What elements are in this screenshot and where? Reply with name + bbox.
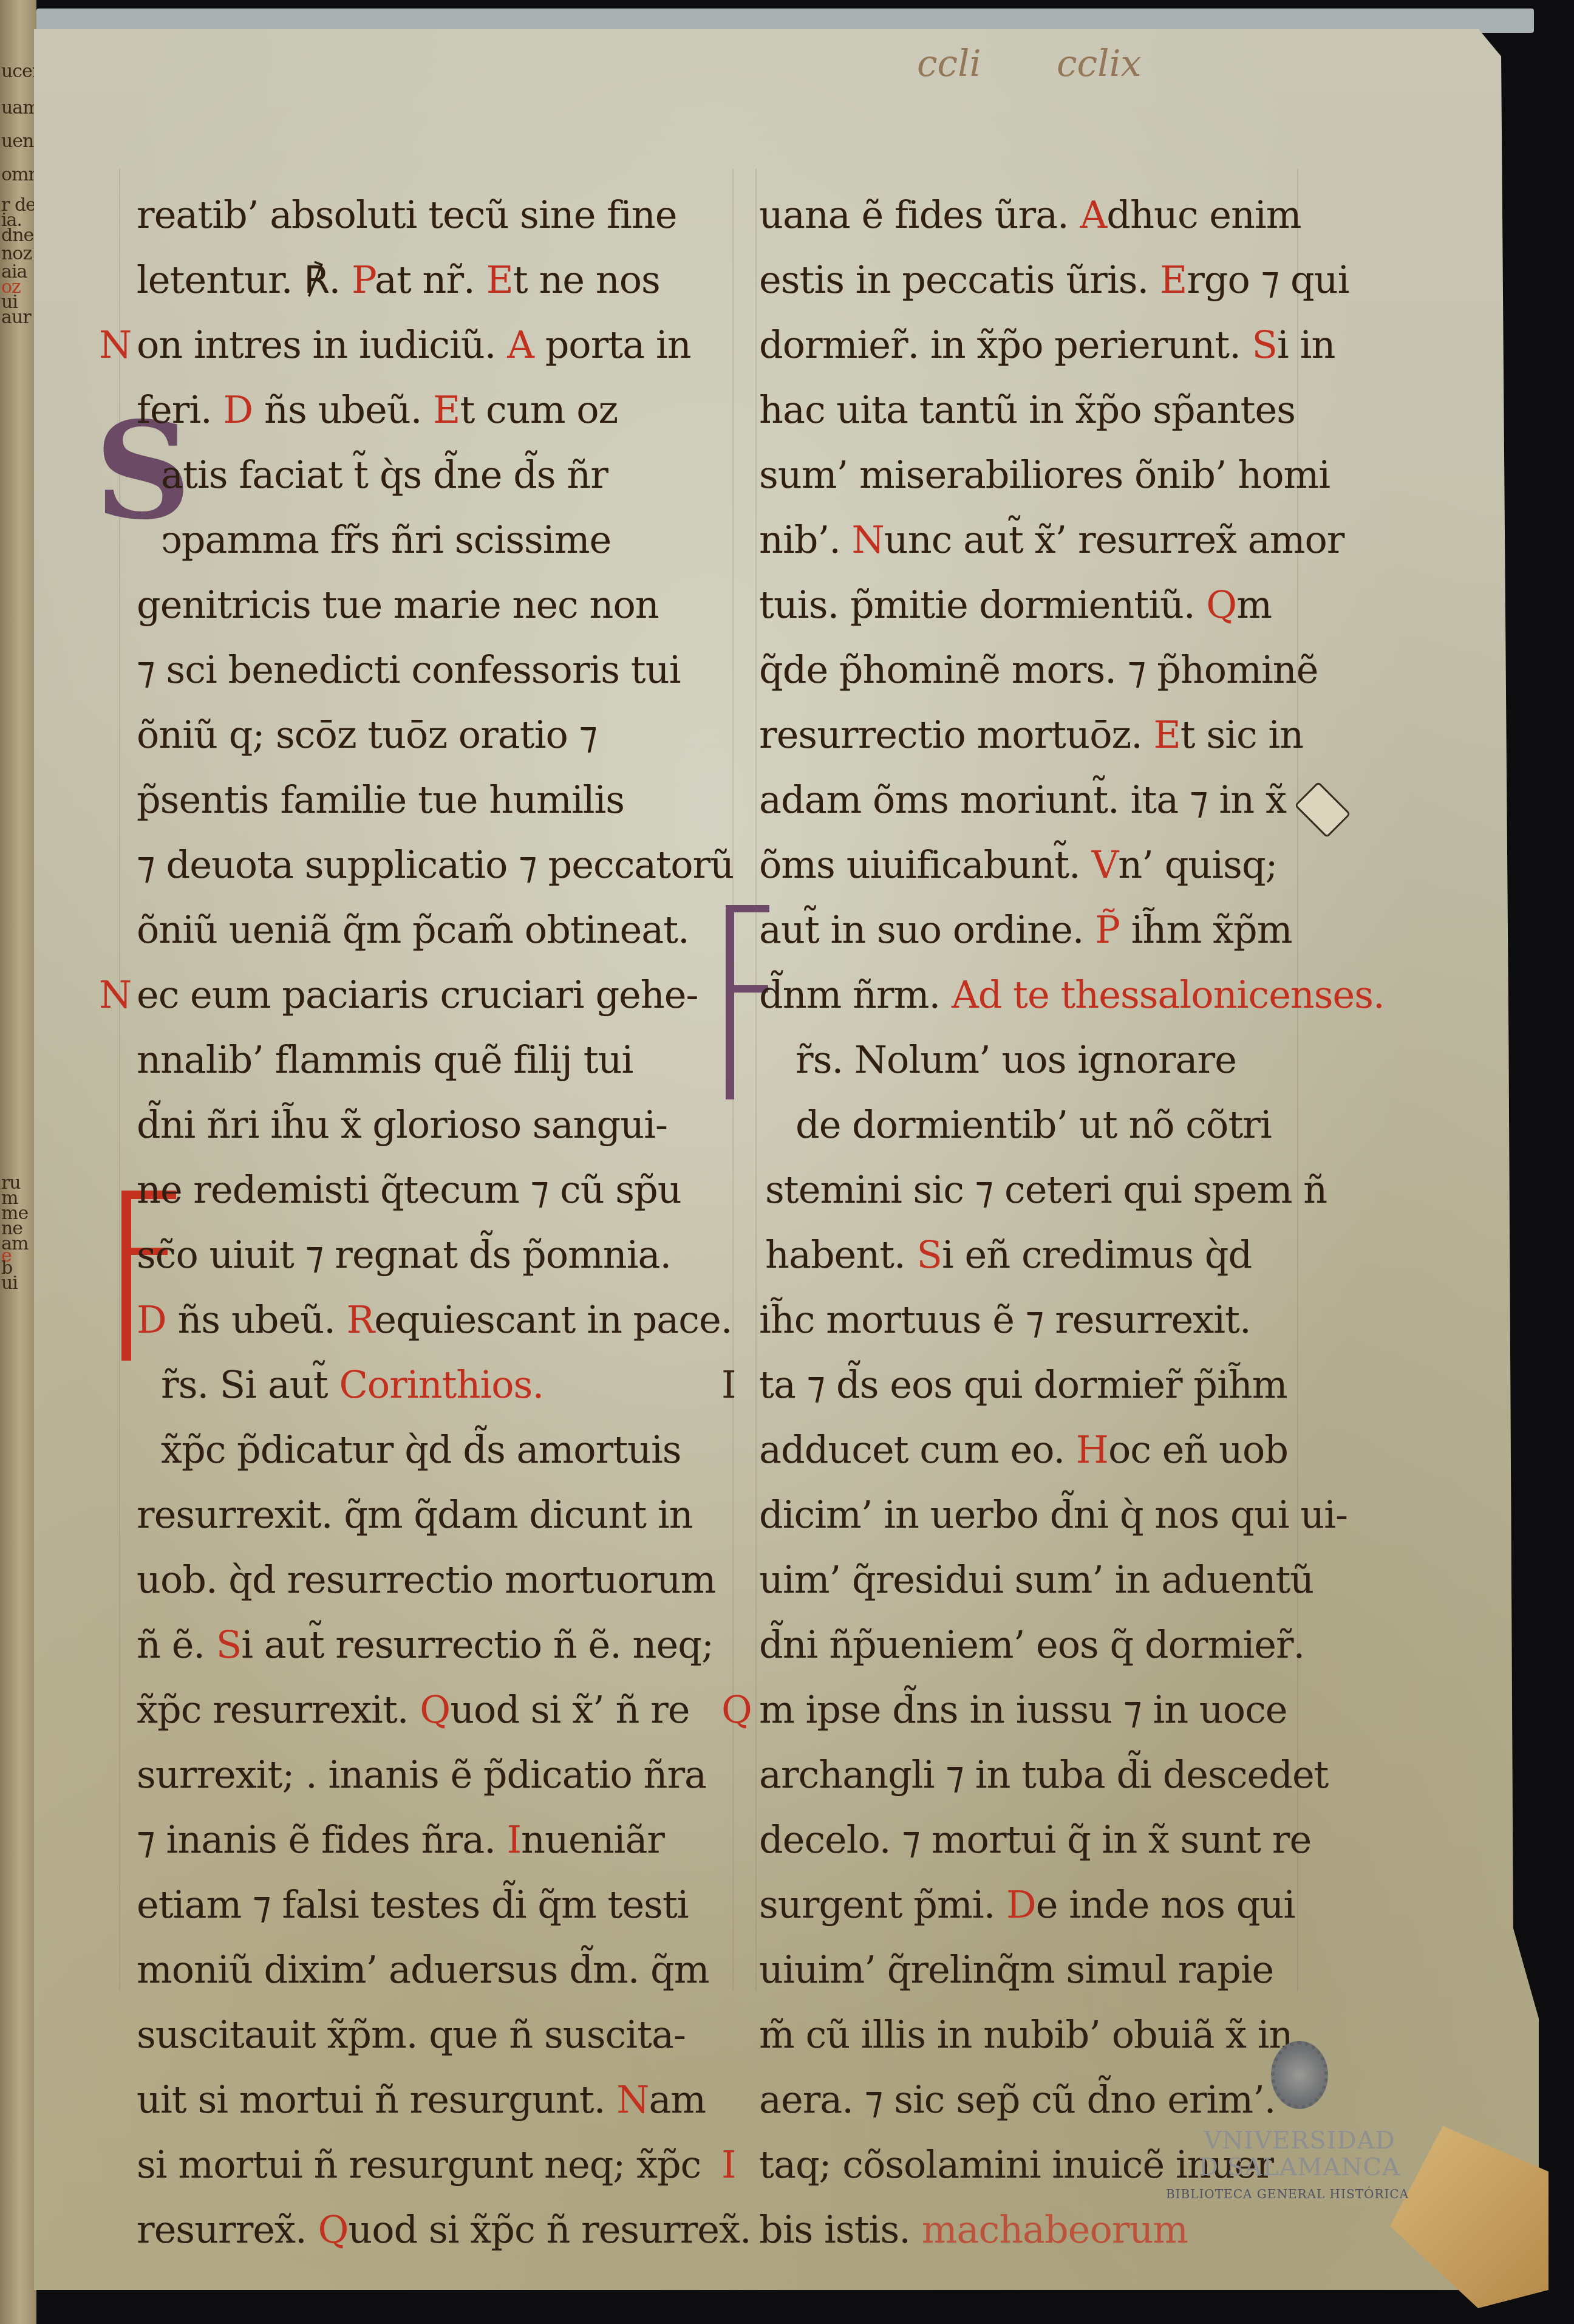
text-line: moniũ dixim’ aduersus d̃m. q̃m [137, 1937, 751, 2002]
text-line: Ita ⁊ d̃s eos qui dormier̃ p̃ih̃m [759, 1352, 1385, 1417]
text-segment: x̃p̃c resurrexit. [137, 1687, 409, 1732]
text-line: Non intres in iudiciũ. A porta in [137, 312, 751, 377]
text-segment: estis in peccatis ũris. [759, 258, 1148, 302]
text-line: hac uita tantũ in x̃p̃o sp̃antes [759, 377, 1385, 442]
text-line: d̃ni ñri ih̃u x̃ glorioso sangui- [137, 1092, 751, 1157]
text-segment: equiescant in pace. [374, 1297, 732, 1342]
text-segment: i eñ credimus q̀d [942, 1232, 1252, 1277]
facing-text-fragment: ui [1, 1273, 18, 1294]
text-segment: ⁊ inanis ẽ fides ñra. [137, 1817, 496, 1862]
rubric-text: D [223, 388, 253, 432]
rubric-initial: I [721, 1352, 736, 1417]
text-line: x̃p̃c p̃dicatur q̀d d̃s amortuis [137, 1417, 751, 1482]
text-segment: ⁊ deuota supplicatio ⁊ peccatorũ [137, 842, 734, 887]
text-line: p̃sentis familie tue humilis [137, 767, 751, 832]
text-line: nib’. Nunc aut̃ x̃’ resurrex̃ amor [759, 507, 1385, 572]
text-segment: habent. [765, 1232, 905, 1277]
text-line: surrexit; . inanis ẽ p̃dicatio ñra [137, 1742, 751, 1807]
text-segment: nib’. [759, 518, 840, 562]
rubric-text: Q [318, 2207, 348, 2252]
text-segment: ñs ubeũ. [177, 1297, 335, 1342]
rubric-text: D [1006, 1882, 1036, 1927]
text-segment: nueniãr [521, 1817, 664, 1862]
university-watermark: VNIVERSIDAD D SALAMANCA BIBLIOTECA GENER… [1184, 2041, 1415, 2201]
text-segment: uod si x̃’ ñ re [450, 1687, 689, 1732]
text-segment: ↄpamma fr̃s ñri scissime [161, 518, 611, 562]
watermark-line-3: BIBLIOTECA GENERAL HISTÓRICA [1160, 2187, 1415, 2201]
text-segment: õniũ q; scōz tuōz oratio ⁊ [137, 713, 597, 757]
text-line: q̃de p̃hominẽ mors. ⁊ p̃hominẽ [759, 637, 1385, 702]
text-line: estis in peccatis ũris. Ergo ⁊ qui [759, 247, 1385, 312]
text-segment: aut̃ in suo ordine. [759, 907, 1084, 952]
text-segment: ne redemisti q̃tecum ⁊ cũ sp̃u [137, 1167, 681, 1212]
rubric-text: E [1160, 258, 1187, 302]
text-line: resurrex̃. Quod si x̃p̃c ñ resurrex̃. [137, 2197, 751, 2262]
text-segment: ñs ubeũ. [264, 388, 421, 432]
text-line: ⁊ deuota supplicatio ⁊ peccatorũ [137, 832, 751, 897]
facing-text-fragment: ucem [1, 61, 36, 82]
text-line: genitricis tue marie nec non [137, 572, 751, 637]
text-segment: õniũ ueniã q̃m p̃cam̃ obtineat. [137, 907, 689, 952]
facing-text-fragment: uam [1, 97, 36, 118]
text-segment: m ipse d̃ns in iussu ⁊ in uoce [759, 1687, 1287, 1732]
text-line: ⁊ sci benedicti confessoris tui [137, 637, 751, 702]
text-line: atis faciat t̃ q̀s d̃ne d̃s ñr [137, 442, 751, 507]
rubric-text: S [917, 1232, 942, 1277]
text-line: nnalib’ flammis quẽ filij tui [137, 1027, 751, 1092]
facing-text-fragment: aur [1, 307, 31, 328]
text-segment: tuis. p̃mitie dormientiũ. [759, 583, 1195, 627]
rubric-text: D [137, 1297, 166, 1342]
rubric-text: N [616, 2077, 649, 2122]
rubric-text: machabeorum [922, 2207, 1188, 2252]
rubric-text: Ad te thessalonicenses. [952, 972, 1385, 1017]
text-segment: archangli ⁊ in tuba d̃i descedet [759, 1752, 1329, 1797]
text-segment: i aut̃ resurrectio ñ ẽ. neq; [241, 1622, 714, 1667]
text-line: stemini sic ⁊ ceteri qui spem ñ [759, 1157, 1385, 1222]
text-segment: etiam ⁊ falsi testes d̃i q̃m testi [137, 1882, 689, 1927]
text-line: õniũ ueniã q̃m p̃cam̃ obtineat. [137, 897, 751, 962]
text-segment: rgo ⁊ qui [1187, 258, 1349, 302]
text-line: sum’ miserabiliores õnib’ homi [759, 442, 1385, 507]
rubric-text: Q [420, 1687, 450, 1732]
text-segment: r̃s. Nolum’ uos ignorare [796, 1037, 1236, 1082]
foliation-old: ccli [917, 43, 981, 85]
rubric-initial: N [99, 312, 131, 377]
text-segment: moniũ dixim’ aduersus d̃m. q̃m [137, 1947, 709, 1992]
text-line: sc̃o uiuit ⁊ regnat d̃s p̃omnia. [137, 1222, 751, 1287]
text-line: etiam ⁊ falsi testes d̃i q̃m testi [137, 1872, 751, 1937]
text-line: ne redemisti q̃tecum ⁊ cũ sp̃u [137, 1157, 751, 1222]
rubric-initial: N [99, 962, 131, 1027]
text-segment: surrexit; . inanis ẽ p̃dicatio ñra [137, 1752, 706, 1797]
text-segment: sc̃o uiuit ⁊ regnat d̃s p̃omnia. [137, 1232, 671, 1277]
text-line: uit si mortui ñ resurgunt. Nam [137, 2067, 751, 2132]
text-segment: p̃sentis familie tue humilis [137, 778, 624, 822]
text-segment: atis faciat t̃ q̀s d̃ne d̃s ñr [161, 453, 608, 497]
text-segment: uana ẽ fides ũra. [759, 193, 1069, 237]
text-segment: stemini sic ⁊ ceteri qui spem ñ [765, 1167, 1327, 1212]
text-segment: x̃p̃c p̃dicatur q̀d d̃s amortuis [161, 1427, 681, 1472]
text-segment: t sic in [1180, 713, 1303, 757]
text-column-left: reatib’ absoluti tecũ sine fine letentu… [137, 182, 751, 2262]
rubric-text: H [1076, 1427, 1108, 1472]
text-segment: uiuim’ q̃relinq̃m simul rapie [759, 1947, 1273, 1992]
text-line: uim’ q̃residui sum’ in aduentũ [759, 1547, 1385, 1612]
text-segment: uob. q̀d resurrectio mortuorum [137, 1557, 715, 1602]
text-segment: ñ ẽ. [137, 1622, 205, 1667]
text-segment: ih̃c mortuus ẽ ⁊ resurrexit. [759, 1297, 1251, 1342]
text-segment: surgent p̃mi. [759, 1882, 995, 1927]
text-segment: q̃de p̃hominẽ mors. ⁊ p̃hominẽ [759, 648, 1318, 692]
text-line: surgent p̃mi. De inde nos qui [759, 1872, 1385, 1937]
facing-text-fragment: uen [1, 131, 33, 152]
text-segment: porta in [534, 323, 691, 367]
text-segment: decelo. ⁊ mortui q̃ in x̃ sunt re [759, 1817, 1311, 1862]
text-line: tuis. p̃mitie dormientiũ. Qm [759, 572, 1385, 637]
watermark-line-2: D SALAMANCA [1184, 2154, 1415, 2181]
text-segment: r̃s. Si aut̃ [161, 1362, 328, 1407]
text-line: bis istis. machabeorum [759, 2197, 1385, 2262]
text-segment: nnalib’ flammis quẽ filij tui [137, 1037, 633, 1082]
text-segment: ⁊ sci benedicti confessoris tui [137, 648, 681, 692]
text-segment: de dormientib’ ut nõ cõtri [796, 1102, 1272, 1147]
rubric-text: E [486, 258, 513, 302]
text-segment: m [1236, 583, 1272, 627]
rubric-text: P [1095, 907, 1120, 952]
rubric-text: Corinthios. [339, 1362, 543, 1407]
text-segment: n’ quisq; [1118, 842, 1277, 887]
text-line: adam õms moriunt̃. ita ⁊ in x̃ [759, 767, 1385, 832]
text-line: decelo. ⁊ mortui q̃ in x̃ sunt re [759, 1807, 1385, 1872]
text-line: feri. D ñs ubeũ. Et cum oz [137, 377, 751, 442]
text-segment: e inde nos qui [1036, 1882, 1295, 1927]
rubric-text: I [507, 1817, 522, 1862]
text-segment: oc eñ uob [1108, 1427, 1288, 1472]
text-line: suscitauit x̃p̃m. que ñ suscita- [137, 2002, 751, 2067]
text-segment: dicim’ in uerbo d̃ni q̀ nos qui ui- [759, 1492, 1347, 1537]
text-segment: ec eum paciaris cruciari gehe- [137, 972, 698, 1017]
text-line: ih̃c mortuus ẽ ⁊ resurrexit. [759, 1287, 1385, 1352]
rubric-text: V [1092, 842, 1119, 887]
text-line: ñ ẽ. Si aut̃ resurrectio ñ ẽ. neq; [137, 1612, 751, 1677]
university-seal-icon [1271, 2041, 1328, 2109]
text-line: õniũ q; scōz tuōz oratio ⁊ [137, 702, 751, 767]
rubric-text: R [347, 1297, 375, 1342]
text-segment: uim’ q̃residui sum’ in aduentũ [759, 1557, 1313, 1602]
rubric-text: E [433, 388, 460, 432]
text-line: resurrectio mortuōz. Et sic in [759, 702, 1385, 767]
text-line: d̃ni ñp̃ueniem’ eos q̃ dormier̃. [759, 1612, 1385, 1677]
text-line: dicim’ in uerbo d̃ni q̀ nos qui ui- [759, 1482, 1385, 1547]
text-segment: dhuc enim [1106, 193, 1301, 237]
text-segment: reatib’ absoluti tecũ sine fine [137, 193, 677, 237]
text-segment: adam õms moriunt̃. ita ⁊ in x̃ [759, 778, 1286, 822]
text-segment: on intres in iudiciũ. [137, 323, 496, 367]
text-segment: resurrectio mortuōz. [759, 713, 1142, 757]
text-line: si mortui ñ resurgunt neq; x̃p̃c [137, 2132, 751, 2197]
rubric-text: Q [1206, 583, 1236, 627]
text-segment: ta ⁊ d̃s eos qui dormier̃ p̃ih̃m [759, 1362, 1287, 1407]
text-line: de dormientib’ ut nõ cõtri [759, 1092, 1385, 1157]
text-line: Qm ipse d̃ns in iussu ⁊ in uoce [759, 1677, 1385, 1742]
text-line: r̃s. Si aut̃ Corinthios. [137, 1352, 751, 1417]
rubric-text: A [1080, 193, 1107, 237]
text-segment: genitricis tue marie nec non [137, 583, 659, 627]
rubric-text: P [352, 258, 375, 302]
text-line: archangli ⁊ in tuba d̃i descedet [759, 1742, 1385, 1807]
text-line: reatib’ absoluti tecũ sine fine [137, 182, 751, 247]
rubric-initial: I [721, 2132, 736, 2197]
text-line: uiuim’ q̃relinq̃m simul rapie [759, 1937, 1385, 2002]
foliation-new: cclix [1057, 43, 1141, 85]
text-segment: resurrex̃. [137, 2207, 307, 2252]
text-segment: letentur. ℟. [137, 258, 340, 302]
text-line: adducet cum eo. Hoc eñ uob [759, 1417, 1385, 1482]
rubric-text: S [216, 1622, 241, 1667]
text-line: resurrexit. q̃m q̃dam dicunt in [137, 1482, 751, 1547]
text-segment: ̃ ih̃m x̃p̃m [1120, 907, 1292, 952]
text-line: uob. q̀d resurrectio mortuorum [137, 1547, 751, 1612]
rubric-text: E [1154, 713, 1180, 757]
rubric-text: N [852, 518, 884, 562]
text-segment: dormier̃. in x̃p̃o perierunt. [759, 323, 1241, 367]
text-segment: am [649, 2077, 706, 2122]
text-line: ⁊ inanis ẽ fides ñra. Inueniãr [137, 1807, 751, 1872]
text-segment: sum’ miserabiliores õnib’ homi [759, 453, 1330, 497]
text-segment: õms uiuificabunt̃. [759, 842, 1080, 887]
watermark-line-1: VNIVERSIDAD [1184, 2127, 1415, 2154]
text-line: letentur. ℟. Pat nr̃. Et ne nos [137, 247, 751, 312]
text-line: r̃s. Nolum’ uos ignorare [759, 1027, 1385, 1092]
text-segment: suscitauit x̃p̃m. que ñ suscita- [137, 2012, 686, 2057]
text-segment: si mortui ñ resurgunt neq; x̃p̃c [137, 2142, 701, 2187]
text-segment: t cum oz [460, 388, 618, 432]
text-line: aut̃ in suo ordine. P̃ ih̃m x̃p̃m [759, 897, 1385, 962]
facing-text-fragment: omnt [1, 164, 36, 185]
text-segment: feri. [137, 388, 212, 432]
text-segment: resurrexit. q̃m q̃dam dicunt in [137, 1492, 693, 1537]
text-line: ↄpamma fr̃s ñri scissime [137, 507, 751, 572]
text-line: x̃p̃c resurrexit. Quod si x̃’ ñ re [137, 1677, 751, 1742]
text-line: Nec eum paciaris cruciari gehe- [137, 962, 751, 1027]
text-segment: at nr̃. [375, 258, 475, 302]
text-segment: i in [1277, 323, 1335, 367]
text-segment: t ne nos [513, 258, 660, 302]
text-line: dormier̃. in x̃p̃o perierunt. Si in [759, 312, 1385, 377]
text-segment: uod si x̃p̃c ñ resurrex̃. [348, 2207, 751, 2252]
text-segment: adducet cum eo. [759, 1427, 1065, 1472]
text-segment: uit si mortui ñ resurgunt. [137, 2077, 605, 2122]
text-line: uana ẽ fides ũra. Adhuc enim [759, 182, 1385, 247]
rubric-initial: Q [721, 1677, 752, 1742]
text-segment: d̃ni ñp̃ueniem’ eos q̃ dormier̃. [759, 1622, 1304, 1667]
text-line: õms uiuificabunt̃. Vn’ quisq; [759, 832, 1385, 897]
text-column-right: uana ẽ fides ũra. Adhuc enim estis in … [759, 182, 1385, 2262]
text-segment: d̃nm ñrm. [759, 972, 940, 1017]
text-segment: bis istis. [759, 2207, 910, 2252]
rubric-text: S [1252, 323, 1277, 367]
text-line: habent. Si eñ credimus q̀d [759, 1222, 1385, 1287]
text-line: d̃nm ñrm. Ad te thessalonicenses. [759, 962, 1385, 1027]
text-segment: hac uita tantũ in x̃p̃o sp̃antes [759, 388, 1295, 432]
text-segment: d̃ni ñri ih̃u x̃ glorioso sangui- [137, 1102, 667, 1147]
rubric-text: A [507, 323, 534, 367]
facing-page-verso: ucem uam uen omnt r den ia. dne noz aia … [0, 0, 36, 2324]
text-line: D ñs ubeũ. Requiescant in pace. [137, 1287, 751, 1352]
text-segment: unc aut̃ x̃’ resurrex̃ amor [884, 518, 1344, 562]
